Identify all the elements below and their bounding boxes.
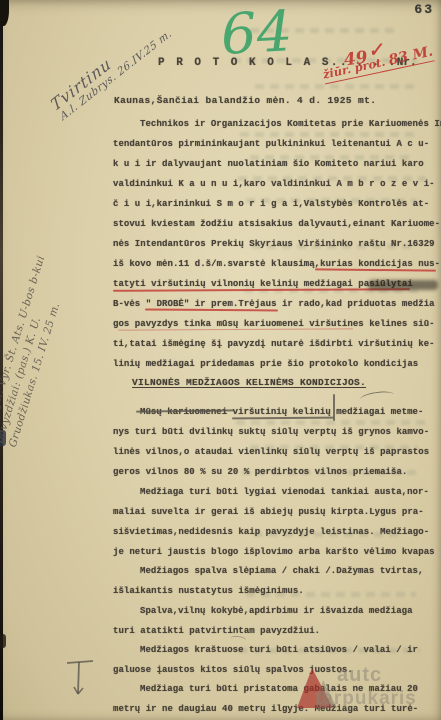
green-handwritten-number: 64 <box>220 4 294 64</box>
document-line: turi atatikti patvirtintam pavyzdžiui. <box>113 621 439 641</box>
document-line: Technikos ir Organizacijos Komitetas pri… <box>113 114 439 134</box>
page-number: 63 <box>414 2 434 17</box>
bleedthrough-line <box>255 84 415 89</box>
dateline: Kaunas,Šančiai balandžio mėn. 4 d. 1925 … <box>114 95 376 106</box>
document-line: maliai suvelta ir gerai iš abiejų pusių … <box>113 502 439 522</box>
ink-smudge <box>368 280 438 290</box>
document-line: Medžiagos spalva slėpiama / chaki /.Dažy… <box>113 561 439 581</box>
pencil-vertical-mark <box>333 394 335 421</box>
document-line: k u i ir dalyvaujant nuolatiniam šio Kom… <box>113 154 439 174</box>
document-line: Medžiaga turi būti lygiai vienodai tanki… <box>113 482 439 502</box>
document-line: č i u i,karininkui S m o r i g a i,Valst… <box>113 194 439 214</box>
document-line: ti,tatai išmėginę šį pavyzdį nutarė išdi… <box>113 334 439 354</box>
watermark-text-line1: autc <box>337 664 382 687</box>
document-line: nys turi būti dvilinkų suktų siūlų verpt… <box>113 422 439 442</box>
paragraph-4: Medžiagos spalva slėpiama / chaki /.Dažy… <box>113 561 439 601</box>
document-line: je neturi jaustis blogo išplovimo arba k… <box>113 542 439 562</box>
document-line: tendantūros pirmininkaujant pulkininkui … <box>113 134 439 154</box>
document-line: išlaikantis nustatytus išmėginimus. <box>113 581 439 601</box>
document-line: valdininkui K a u n u i,karo valdininkui… <box>113 174 439 194</box>
document-line: sišvietimas,nedidesnis kaip pavyzdyje le… <box>113 522 439 542</box>
paragraph-2: Mūsų kariuomenei viršutinių kelinių medž… <box>113 402 439 482</box>
document-line: stovui kviestam žodžiu atsisakius dalyva… <box>113 214 439 234</box>
document-line: gos pavyzdys tinka mūsų kariuomenei virš… <box>113 314 439 334</box>
document-line: nės Intendantūros Prekių Skyriaus Viršin… <box>113 234 439 254</box>
paragraph-3: Medžiaga turi būti lygiai vienodai tanki… <box>113 482 439 562</box>
document-title: P R O T O K O L A S. <box>158 57 340 69</box>
document-line: Mūsų kariuomenei viršutinių kelinių medž… <box>113 402 439 422</box>
section-heading: VILNONĖS MEDŽIAGOS KELINĖMS KONDICIJOS. <box>132 377 366 388</box>
document-line: geros vilnos 80 % su 20 % perdirbtos vil… <box>113 462 439 482</box>
paragraph-1: Technikos ir Organizacijos Komitetas pri… <box>113 114 439 374</box>
scan-edge-mark <box>0 634 6 648</box>
watermark-text-line2: tarpukaris <box>315 688 417 710</box>
document-line: Medžiagos kraštuose turi būti atsiūvos /… <box>113 640 439 660</box>
document-line: Spalva,vilnų kokybė,apdirbimu ir išvaizd… <box>113 601 439 621</box>
red-reference-note-number: 83 M. <box>387 44 434 69</box>
margin-handwriting: Pasakyti. Vyr. Št. Ats. U-bos b-kui pavy… <box>0 169 101 449</box>
archive-watermark: autc tarpukaris <box>275 662 435 720</box>
scan-corner-blot <box>0 0 9 26</box>
scanned-protocol-page: 63 64 Tvirtinu A.l. Zubrys. 26.IV.25 m. … <box>0 0 441 720</box>
margin-handwriting-line2: pavyzdžiai: (pas.) K. U. <box>0 173 88 445</box>
paragraph-5: Spalva,vilnų kokybė,apdirbimu ir išvaizd… <box>113 601 439 641</box>
document-line: linių medžiagai pridedamas prie šio prot… <box>113 354 439 374</box>
document-line: linės vilnos,o ataudai vienlinkų siūlų v… <box>113 442 439 462</box>
pencil-arrow-mark <box>64 658 98 706</box>
document-line: iš kovo mėn.11 d.š/m.svarstė klausimą,ku… <box>113 254 439 274</box>
